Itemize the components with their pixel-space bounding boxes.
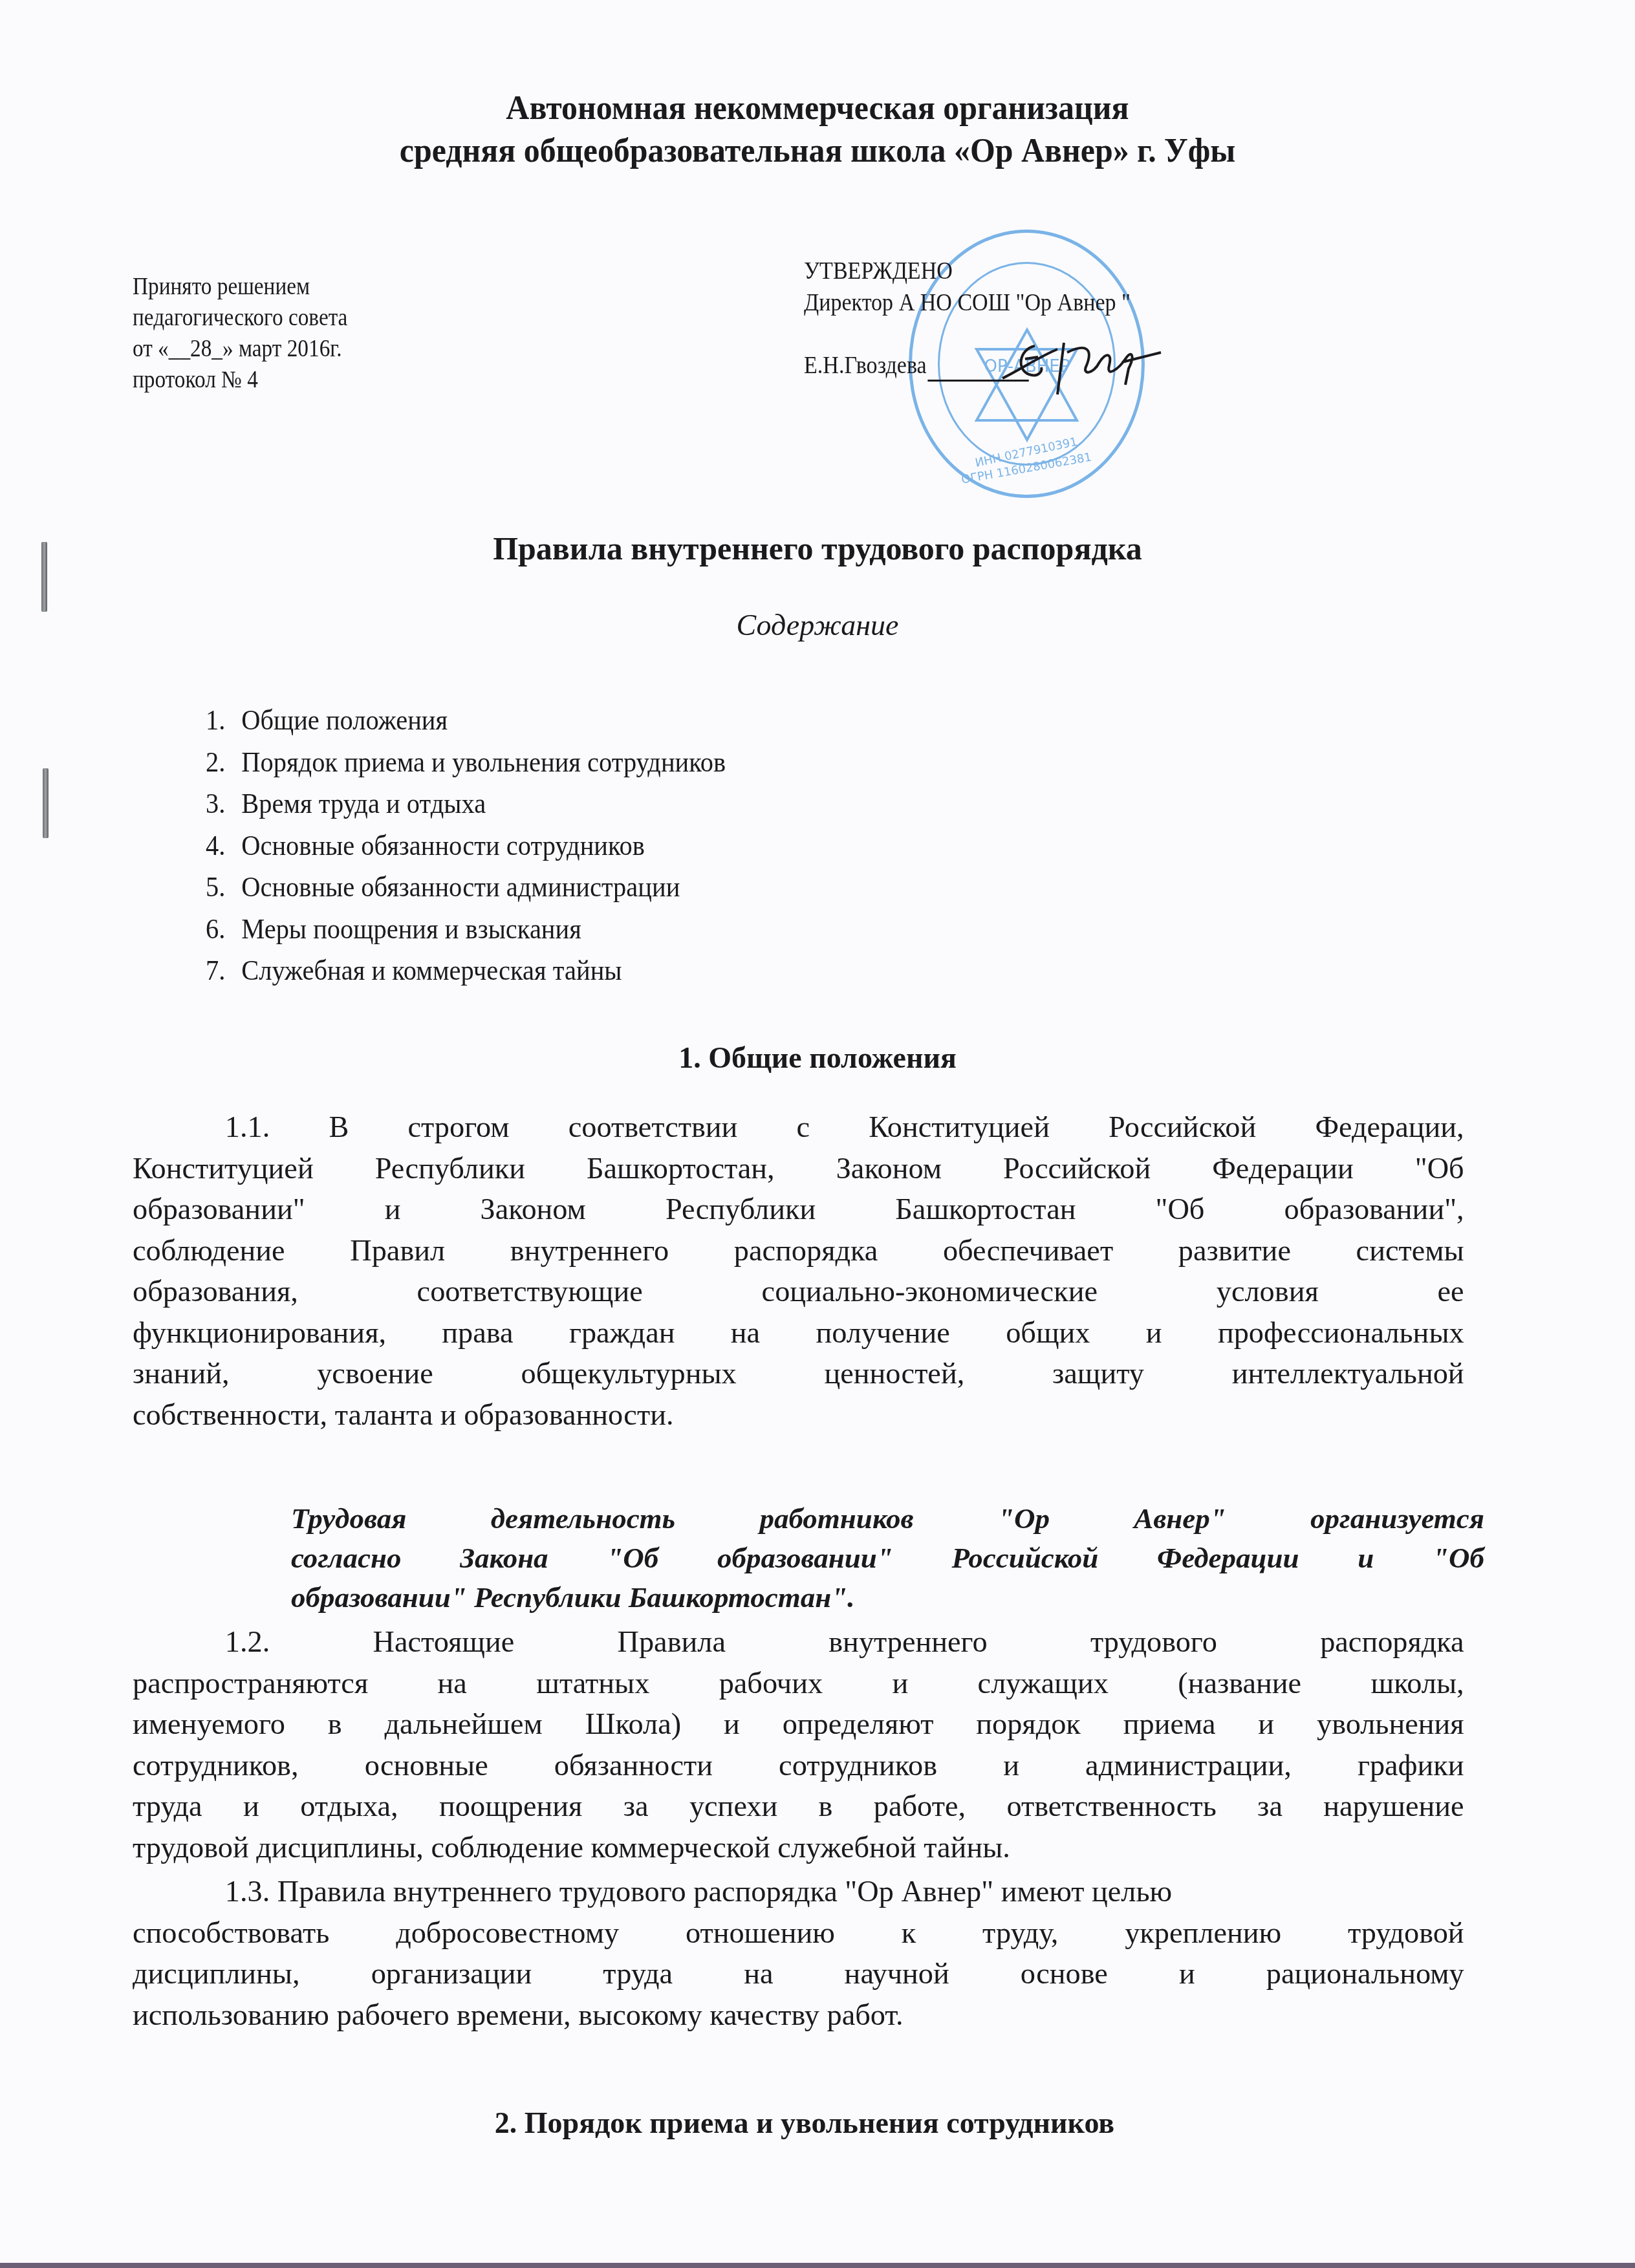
table-of-contents: 1.Общие положения 2.Порядок приема и уво… (206, 700, 726, 992)
signer-name: Е.Н.Гвоздева (804, 350, 927, 382)
approval-left-line2: педагогического совета (133, 303, 347, 334)
section-2-heading: 2. Порядок приема и увольнения сотрудник… (0, 2105, 1635, 2141)
pedagogical-council-approval: Принято решением педагогического совета … (133, 272, 347, 396)
approval-left-line1: Принято решением (133, 272, 347, 303)
toc-item[interactable]: 4.Основные обязанности сотрудников (206, 825, 726, 867)
scan-bottom-edge (0, 2263, 1635, 2268)
toc-item[interactable]: 6.Меры поощрения и взыскания (206, 909, 726, 951)
org-name-line1: Автономная некоммерческая организация (33, 87, 1603, 130)
staple-bottom (43, 768, 49, 838)
toc-item[interactable]: 1.Общие положения (206, 700, 726, 742)
toc-item[interactable]: 2.Порядок приема и увольнения сотруднико… (206, 742, 726, 784)
toc-heading: Содержание (0, 608, 1635, 642)
handwritten-signature-icon (996, 323, 1164, 407)
toc-item[interactable]: 7.Служебная и коммерческая тайны (206, 950, 726, 992)
toc-item[interactable]: 5.Основные обязанности администрации (206, 867, 726, 909)
document-title: Правила внутреннего трудового распорядка (0, 529, 1635, 568)
toc-item[interactable]: 3.Время труда и отдыха (206, 783, 726, 825)
approval-left-protocol: протокол № 4 (133, 365, 347, 396)
italic-note: Трудовая деятельность работников "Ор Авн… (291, 1499, 1484, 1617)
section-1-heading: 1. Общие положения (0, 1040, 1635, 1076)
paragraph-1-1: 1.1. В строгом соответствии с Конституци… (133, 1107, 1464, 1436)
director-title: Директор А НО СОШ "Ор Авнер " (804, 287, 1131, 319)
document-page: Автономная некоммерческая организация ср… (0, 0, 1635, 2268)
organization-header: Автономная некоммерческая организация ср… (33, 87, 1603, 173)
approval-left-date: от «__28_» март 2016г. (133, 334, 347, 365)
paragraph-1-2: 1.2. Настоящие Правила внутреннего трудо… (133, 1622, 1464, 1868)
org-name-line2: средняя общеобразовательная школа «Ор Ав… (33, 130, 1603, 173)
approved-label: УТВЕРЖДЕНО (804, 255, 1131, 287)
paragraph-1-3: 1.3. Правила внутреннего трудового распо… (133, 1872, 1464, 2036)
